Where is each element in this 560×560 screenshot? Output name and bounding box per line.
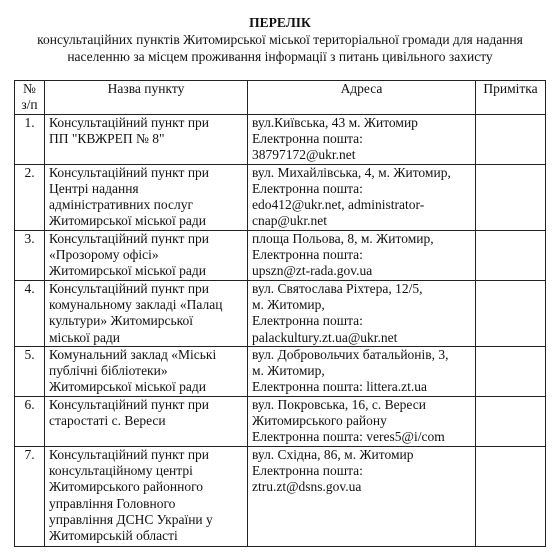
point-address-line: м. Житомир,	[252, 363, 471, 379]
table-row: 6.Консультаційний пункт пристаростаті с.…	[15, 396, 546, 446]
point-address: вул.Київська, 43 м. ЖитомирЕлектронна по…	[248, 114, 476, 164]
point-address: вул. Добровольчих батальйонів, 3,м. Жито…	[248, 346, 476, 396]
point-address-line: Електронна пошта:	[252, 181, 471, 197]
point-name-line: Консультаційний пункт при	[49, 165, 243, 181]
point-name-line: Консультаційний пункт при	[49, 231, 243, 247]
point-address-line: Електронна пошта:	[252, 131, 471, 147]
point-name: Консультаційний пункт пристаростаті с. В…	[45, 396, 248, 446]
row-number: 4.	[15, 280, 45, 346]
point-address-line: Житомирського району	[252, 413, 471, 429]
document-subtitle-line-1: консультаційних пунктів Житомирської міс…	[0, 31, 560, 48]
header-name: Назва пункту	[45, 81, 248, 115]
point-name-line: Консультаційний пункт при	[49, 115, 243, 131]
table-header-row: № з/п Назва пункту Адреса Примітка	[15, 81, 546, 115]
point-note	[476, 280, 546, 346]
point-address: вул. Святослава Ріхтера, 12/5,м. Житомир…	[248, 280, 476, 346]
point-address-line: Електронна пошта:	[252, 463, 471, 479]
point-name: Консультаційний пункт приЦентрі наданняа…	[45, 164, 248, 230]
point-name: Консультаційний пункт приПП "КВЖРЕП № 8"	[45, 114, 248, 164]
row-number: 5.	[15, 346, 45, 396]
row-number: 2.	[15, 164, 45, 230]
point-name: Консультаційний пункт приконсультаційном…	[45, 446, 248, 546]
row-number: 6.	[15, 396, 45, 446]
point-address-line: вул. Добровольчих батальйонів, 3,	[252, 347, 471, 363]
point-name-line: Консультаційний пункт при	[49, 397, 243, 413]
point-name: Консультаційний пункт при«Прозорому офіс…	[45, 230, 248, 280]
point-address-line: м. Житомир,	[252, 297, 471, 313]
point-note	[476, 396, 546, 446]
point-name-line: Житомирського районного	[49, 479, 243, 495]
document-title: ПЕРЕЛІК	[0, 14, 560, 31]
point-name-line: ПП "КВЖРЕП № 8"	[49, 131, 243, 147]
consultation-points-table: № з/п Назва пункту Адреса Примітка 1.Кон…	[14, 80, 546, 547]
point-name-line: Консультаційний пункт при	[49, 281, 243, 297]
point-note	[476, 346, 546, 396]
point-name-line: Консультаційний пункт при	[49, 447, 243, 463]
point-name-line: Житомирської міської ради	[49, 379, 243, 395]
point-note	[476, 446, 546, 546]
table-row: 3.Консультаційний пункт при«Прозорому оф…	[15, 230, 546, 280]
point-address: вул. Східна, 86, м. ЖитомирЕлектронна по…	[248, 446, 476, 546]
point-name-line: Центрі надання	[49, 181, 243, 197]
point-name-line: міської ради	[49, 330, 243, 346]
point-name-line: управління ДСНС України у	[49, 512, 243, 528]
table-row: 2.Консультаційний пункт приЦентрі наданн…	[15, 164, 546, 230]
point-address-line: cnap@ukr.net	[252, 213, 471, 229]
point-name-line: комунальному закладі «Палац	[49, 297, 243, 313]
point-address-line: upszn@zt-rada.gov.ua	[252, 263, 471, 279]
point-name-line: управління Головного	[49, 496, 243, 512]
point-name-line: адміністративних послуг	[49, 197, 243, 213]
point-name-line: Житомирській області	[49, 528, 243, 544]
point-address-line: Електронна пошта:	[252, 247, 471, 263]
point-name-line: культури» Житомирської	[49, 313, 243, 329]
table-row: 4.Консультаційний пункт прикомунальному …	[15, 280, 546, 346]
point-name: Консультаційний пункт прикомунальному за…	[45, 280, 248, 346]
point-address-line: вул. Михайлівська, 4, м. Житомир,	[252, 165, 471, 181]
point-name-line: Житомирської міської ради	[49, 213, 243, 229]
point-address-line: ztru.zt@dsns.gov.ua	[252, 479, 471, 495]
header-number: № з/п	[15, 81, 45, 115]
point-address-line: площа Польова, 8, м. Житомир,	[252, 231, 471, 247]
point-name-line: Комунальний заклад «Міські	[49, 347, 243, 363]
point-name-line: публічні бібліотеки»	[49, 363, 243, 379]
point-note	[476, 164, 546, 230]
table-row: 7.Консультаційний пункт приконсультаційн…	[15, 446, 546, 546]
point-name-line: консультаційному центрі	[49, 463, 243, 479]
point-name-line: «Прозорому офісі»	[49, 247, 243, 263]
point-name-line: старостаті с. Вереси	[49, 413, 243, 429]
point-note	[476, 114, 546, 164]
point-address: площа Польова, 8, м. Житомир,Електронна …	[248, 230, 476, 280]
document-heading: ПЕРЕЛІК консультаційних пунктів Житомирс…	[0, 14, 560, 65]
point-address-line: вул. Покровська, 16, с. Вереси	[252, 397, 471, 413]
point-name: Комунальний заклад «Міськіпублічні біблі…	[45, 346, 248, 396]
point-address-line: palackultury.zt.ua@ukr.net	[252, 330, 471, 346]
point-address-line: edo412@ukr.net, administrator-	[252, 197, 471, 213]
point-address: вул. Михайлівська, 4, м. Житомир,Електро…	[248, 164, 476, 230]
table-row: 1.Консультаційний пункт приПП "КВЖРЕП № …	[15, 114, 546, 164]
point-name-line: Житомирської міської ради	[49, 263, 243, 279]
point-address-line: Електронна пошта:	[252, 313, 471, 329]
header-note: Примітка	[476, 81, 546, 115]
row-number: 3.	[15, 230, 45, 280]
point-address-line: 38797172@ukr.net	[252, 147, 471, 163]
row-number: 7.	[15, 446, 45, 546]
point-note	[476, 230, 546, 280]
row-number: 1.	[15, 114, 45, 164]
header-address: Адреса	[248, 81, 476, 115]
point-address: вул. Покровська, 16, с. ВересиЖитомирськ…	[248, 396, 476, 446]
point-address-line: вул. Святослава Ріхтера, 12/5,	[252, 281, 471, 297]
point-address-line: Електронна пошта: veres5@i/com	[252, 429, 471, 445]
point-address-line: вул.Київська, 43 м. Житомир	[252, 115, 471, 131]
point-address-line: Електронна пошта: littera.zt.ua	[252, 379, 471, 395]
document-subtitle-line-2: населенню за місцем проживання інформаці…	[0, 48, 560, 65]
point-address-line: вул. Східна, 86, м. Житомир	[252, 447, 471, 463]
table-row: 5.Комунальний заклад «Міськіпублічні біб…	[15, 346, 546, 396]
